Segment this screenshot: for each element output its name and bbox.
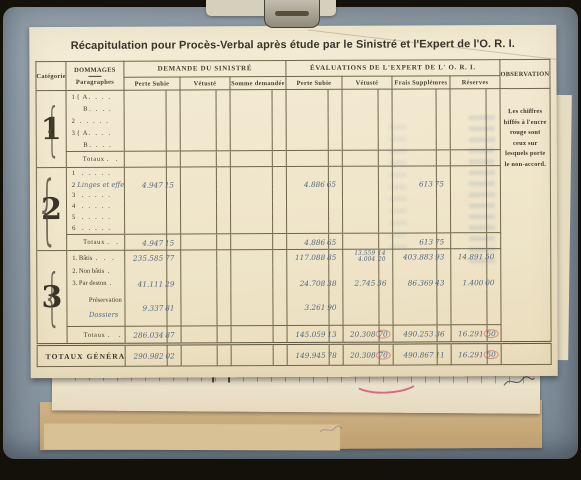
cat3-total-expert-frais: 490.25336 (393, 325, 451, 343)
ink-bleedthrough (389, 124, 408, 250)
col-header-frais-supplementaires: Frais Supplémres (392, 76, 450, 89)
paragraph-label: 3. Par deston . (67, 277, 125, 290)
observations-note: Les chiffres biffés à l'encre rouge sont… (500, 88, 551, 342)
totaux-generaux-label: TOTAUX GÉNÉRAUX (37, 344, 125, 366)
handwritten-note: Dossiers (89, 311, 118, 319)
category-1-numeral: 1{ (36, 90, 66, 167)
col-header-demande: DEMANDE DU SINISTRÉ (124, 61, 286, 78)
general-expert-reserves: 16.29150 (451, 343, 501, 365)
cat3-total-expert-vetuste: 20.30870 (343, 325, 393, 343)
page-title: Récapitulation pour Procès-Verbal après … (37, 38, 548, 52)
paragraph-label: 6 . . . . . (67, 223, 125, 235)
col-header-dommages: DOMMAGES Paragraphes (66, 61, 124, 90)
col-header-somme-demandee: Somme demandée (230, 77, 286, 90)
paragraph-label: 4 . . . . . (66, 201, 124, 212)
dommages-label: DOMMAGES (74, 66, 115, 73)
cat2-expert-perte: 4.88665 (286, 178, 342, 189)
pencil-mark-icon (318, 424, 344, 436)
pardest-demande-perte: 41.11129 (125, 276, 181, 289)
general-expert-perte: 149.94578 (287, 343, 343, 365)
paragraph-label: 2. Non bâtis . (67, 265, 125, 277)
brace-icon: { (36, 171, 58, 247)
cat2-total-expert-perte: 4.88665 (287, 233, 343, 249)
col-header-vetuste-expert: Vétusté (342, 76, 392, 89)
batis-expert-vetuste: 13.559 4.00414 20 (343, 249, 393, 264)
paragraphes-label: Paragraphes (76, 78, 114, 85)
col-header-evaluations: ÉVALUATIONS DE L'EXPERT DE L' O. R. I. (286, 60, 500, 77)
handwritten-note: Linges et effets (75, 180, 124, 188)
pencil-scribble-icon (502, 373, 536, 391)
paragraph-label: 1 { A . . . . (66, 90, 124, 103)
cat2-demande-perte: 4.94715 (124, 178, 180, 189)
totals-row-cat3: Totaux . . 286.03487 145.05913 20.30870 … (37, 324, 551, 344)
totaux-label: Totaux . . (66, 151, 124, 167)
observations-footer-cell (501, 342, 551, 364)
brace-icon: { (44, 100, 61, 158)
general-expert-frais: 490.86711 (393, 343, 451, 365)
paragraph-label: 1. Bâtis . . . (67, 250, 125, 265)
category-3-numeral: 3{ (37, 250, 67, 344)
pardest-expert-perte: 24.70838 (287, 276, 343, 289)
totaux-label: Totaux . . (67, 234, 125, 250)
paragraph-label: 2 Linges et effets (66, 179, 124, 190)
col-header-observations: OBSERVATIONS (500, 59, 550, 88)
preservation-expert-perte: 3.26190 (287, 289, 343, 326)
col-header-perte-subie-demande: Perte Subie (124, 77, 180, 90)
paragraph-label: Préservation . Dossiers (67, 290, 125, 327)
paragraph-label: 2 . . . . . (66, 115, 124, 127)
cat2-total-demande-perte: 4.94715 (125, 234, 181, 250)
cat3-total-expert-reserves: 16.29150 (451, 325, 501, 343)
pardest-expert-frais: 86.36943 (393, 275, 451, 288)
ink-bleedthrough (469, 113, 496, 263)
paragraph-label: 3 . . . . . (66, 190, 124, 201)
general-demande-perte: 290.98202 (125, 344, 181, 366)
batis-demande-perte: 235.58577 (125, 250, 181, 265)
col-header-perte-subie-expert: Perte Subie (286, 76, 342, 89)
pardest-expert-vetuste: 2.74536 (343, 276, 393, 289)
paragraph-label: 3 { A . . . . (66, 127, 124, 139)
col-header-reserves: Réserves (450, 76, 500, 89)
pardest-expert-reserves: 1.40000 (451, 275, 501, 288)
general-expert-vetuste: 20.30870 (343, 343, 393, 365)
underlying-paper-tan-light (44, 423, 340, 450)
paragraph-label: 1 . . . . . (66, 167, 124, 179)
table-row: Préservation . Dossiers 9.33781 3.26190 (37, 288, 551, 327)
cat3-total-expert-perte: 145.05913 (287, 325, 343, 343)
paragraph-label: B . . . . (66, 103, 124, 115)
preservation-demande-perte: 9.33781 (125, 289, 181, 326)
category-2-numeral: 2{ (36, 167, 66, 250)
brace-icon: { (43, 266, 61, 328)
binder-clip (264, 0, 320, 28)
grand-totals-row: TOTAUX GÉNÉRAUX 290.98202 149.94578 20.3… (37, 342, 551, 366)
paragraph-label: B . . . . (66, 139, 124, 152)
header-divider (88, 75, 101, 76)
paragraph-label: 5 . . . . . (67, 212, 125, 223)
batis-expert-frais: 403.88393 (393, 249, 451, 264)
col-header-categories: Catégories (36, 61, 66, 90)
cat3-total-demande-perte: 286.03487 (125, 326, 181, 344)
batis-expert-perte: 117.08885 (287, 249, 343, 264)
totaux-label: Totaux . . (67, 326, 125, 344)
col-header-vetuste-demande: Vétusté (180, 77, 230, 90)
form-sheet: Récapitulation pour Procès-Verbal après … (29, 25, 558, 378)
